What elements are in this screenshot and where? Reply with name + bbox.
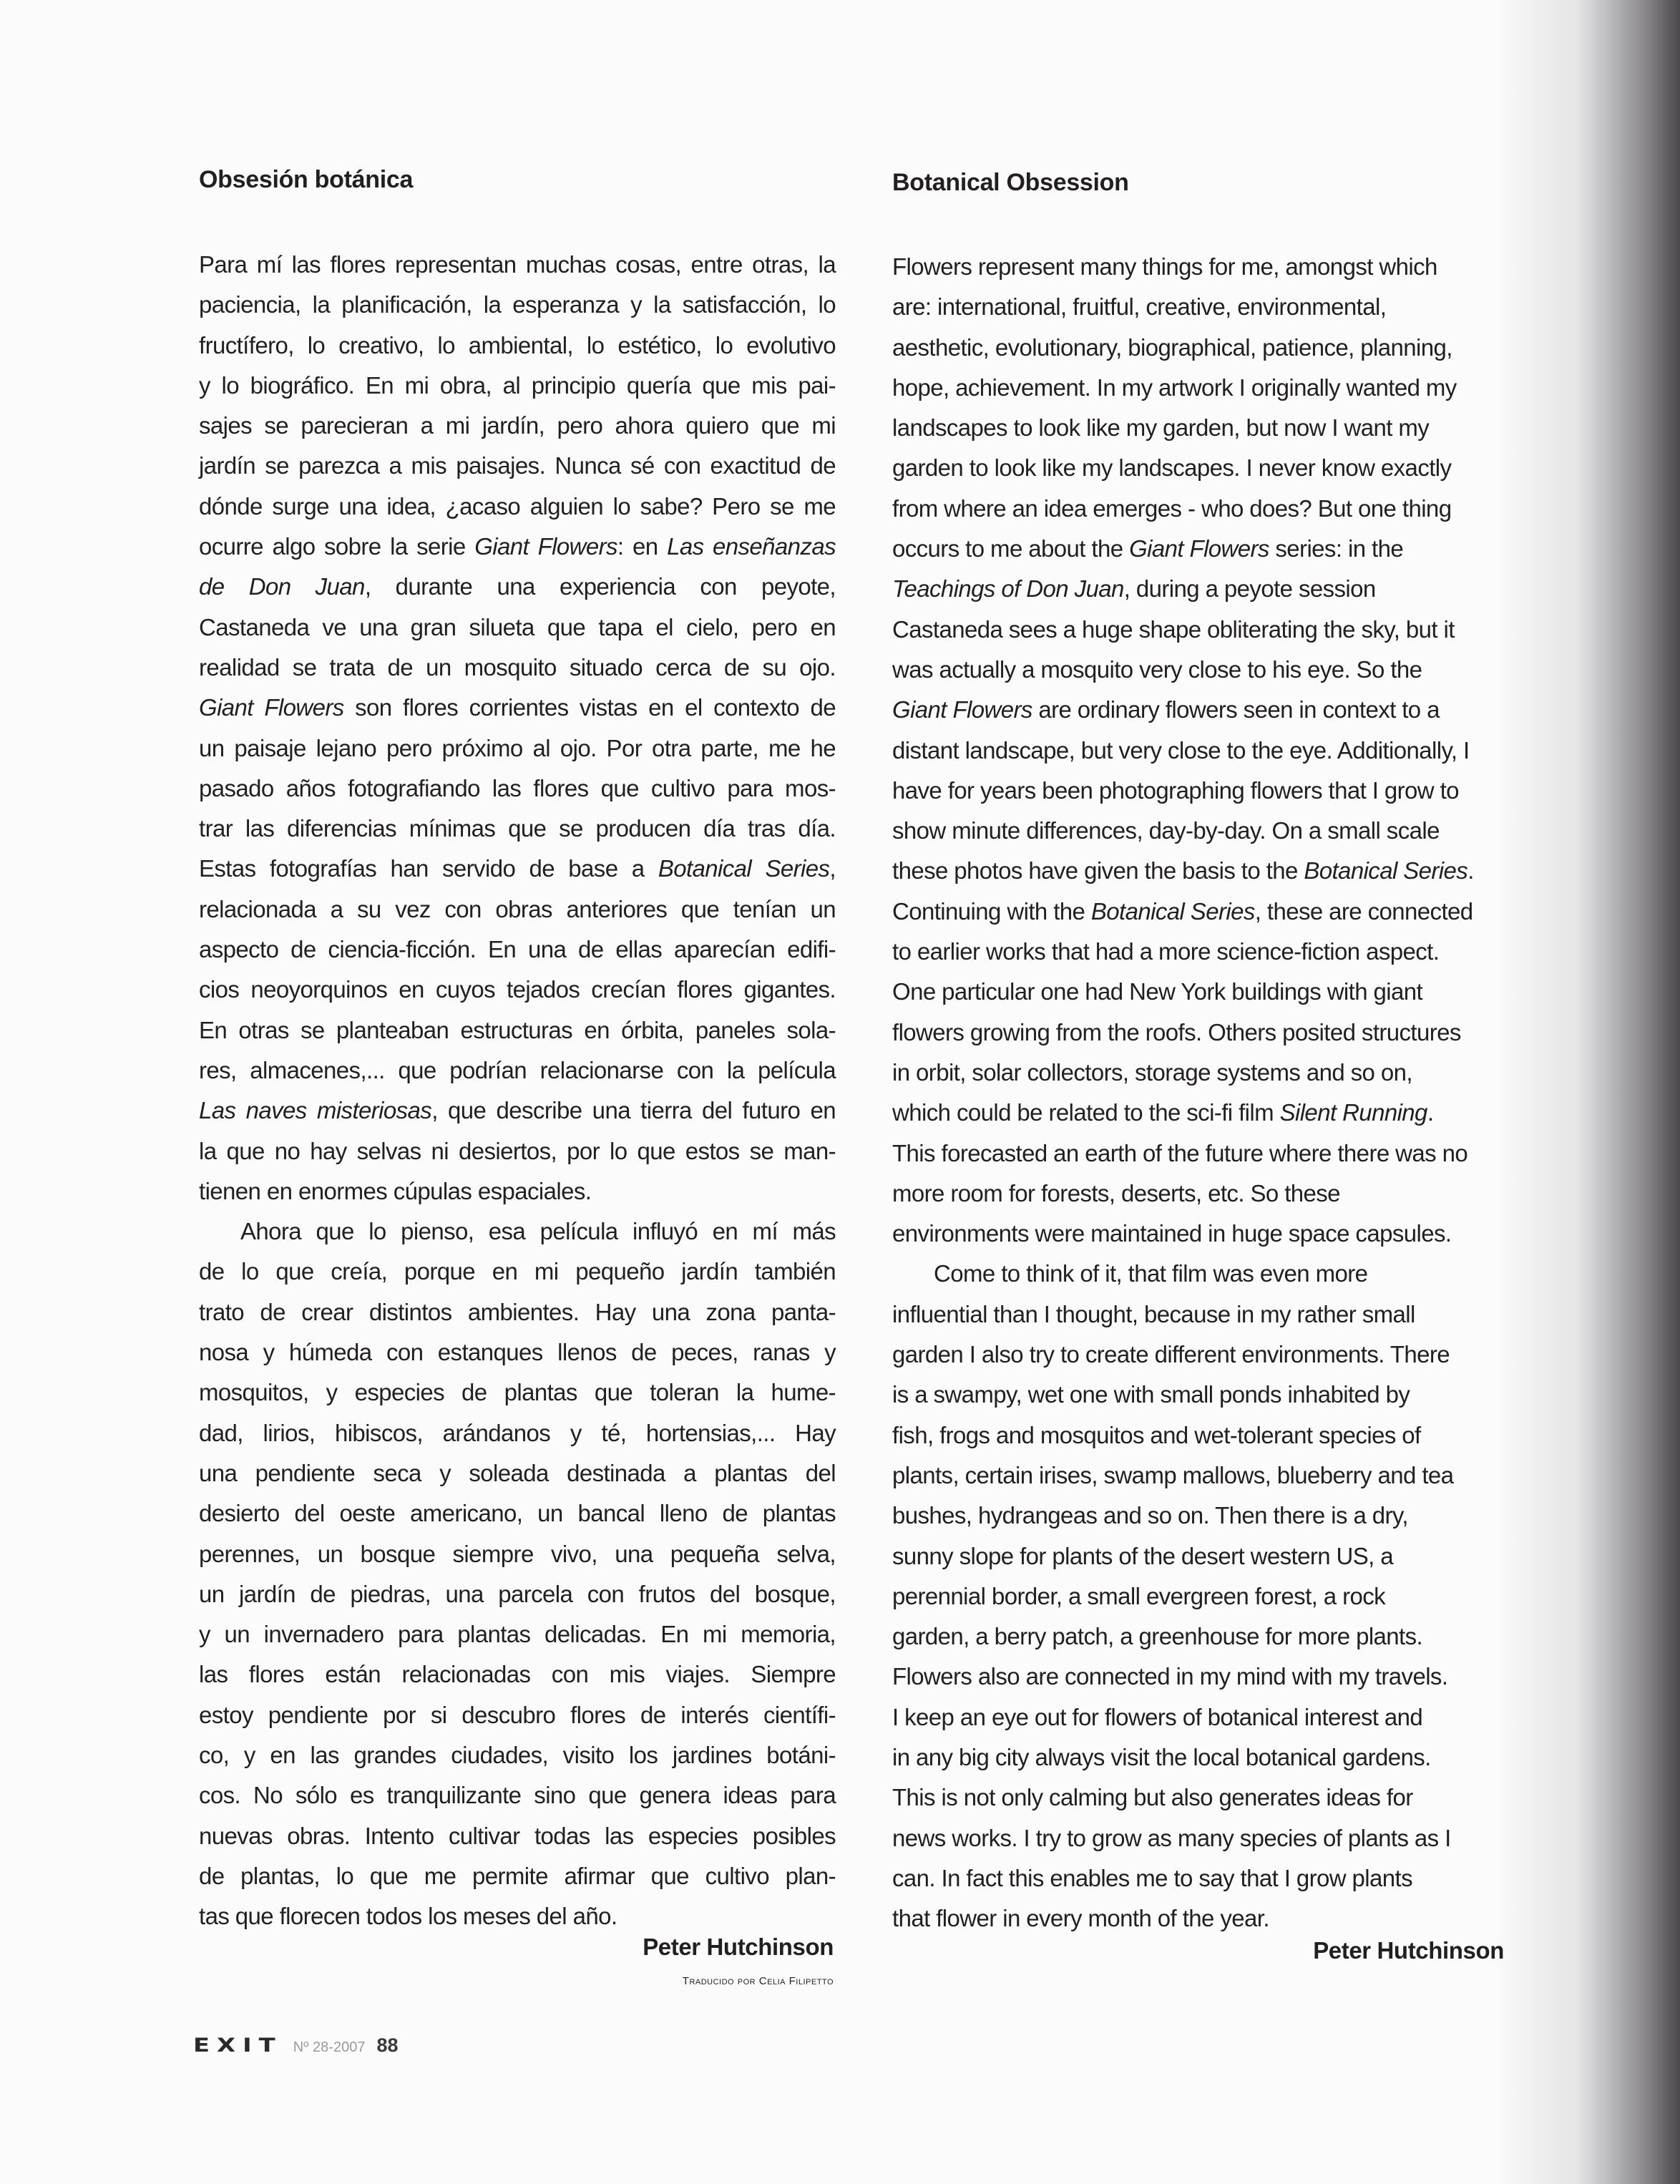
text-line: landscapes to look like my garden, but n… bbox=[892, 408, 1540, 448]
text-line: perennes, un bosque siempre vivo, una pe… bbox=[199, 1534, 836, 1574]
text-line: Teachings of Don Juan, during a peyote s… bbox=[892, 569, 1540, 609]
text-line: Castaneda sees a huge shape obliterating… bbox=[892, 610, 1540, 650]
text-line: co, y en las grandes ciudades, visito lo… bbox=[199, 1735, 836, 1775]
text-line: dónde surge una idea, ¿acaso alguien lo … bbox=[199, 487, 836, 527]
text-line: Continuing with the Botanical Series, th… bbox=[892, 892, 1540, 932]
text-line: aesthetic, evolutionary, biographical, p… bbox=[892, 328, 1540, 368]
text-line: Estas fotografías han servido de base a … bbox=[199, 849, 836, 889]
text-line: that flower in every month of the year. bbox=[892, 1898, 1540, 1939]
text-line: nuevas obras. Intento cultivar todas las… bbox=[199, 1816, 836, 1856]
text-line: bushes, hydrangeas and so on. Then there… bbox=[892, 1496, 1540, 1536]
text-line: la que no hay selvas ni desiertos, por l… bbox=[199, 1131, 836, 1171]
text-line: hope, achievement. In my artwork I origi… bbox=[892, 368, 1540, 408]
text-line: One particular one had New York building… bbox=[892, 972, 1540, 1012]
text-line: Giant Flowers are ordinary flowers seen … bbox=[892, 690, 1540, 730]
text-line: perennial border, a small evergreen fore… bbox=[892, 1576, 1540, 1617]
text-line: de plantas, lo que me permite afirmar qu… bbox=[199, 1856, 836, 1896]
spanish-body-text: Para mí las flores representan muchas co… bbox=[199, 245, 836, 1936]
text-line: Flowers represent many things for me, am… bbox=[892, 247, 1540, 287]
text-line: environments were maintained in huge spa… bbox=[892, 1214, 1540, 1254]
text-line: Giant Flowers son flores corrientes vist… bbox=[199, 688, 836, 728]
english-title: Botanical Obsession bbox=[892, 169, 1129, 197]
text-line: these photos have given the basis to the… bbox=[892, 851, 1540, 891]
text-line: sunny slope for plants of the desert wes… bbox=[892, 1536, 1540, 1576]
text-line: from where an idea emerges - who does? B… bbox=[892, 489, 1540, 529]
text-line: have for years been photographing flower… bbox=[892, 771, 1540, 811]
text-line: ocurre algo sobre la serie Giant Flowers… bbox=[199, 527, 836, 567]
translation-credit: Traducido por Celia Filipetto bbox=[683, 1975, 834, 1987]
text-line: un jardín de piedras, una parcela con fr… bbox=[199, 1574, 836, 1614]
text-line: fructífero, lo creativo, lo ambiental, l… bbox=[199, 326, 836, 366]
text-line: fish, frogs and mosquitos and wet-tolera… bbox=[892, 1415, 1540, 1456]
issue-number: Nº 28-2007 bbox=[293, 2039, 366, 2056]
page-number: 88 bbox=[376, 2034, 398, 2057]
text-line: in any big city always visit the local b… bbox=[892, 1737, 1540, 1778]
english-author-signature: Peter Hutchinson bbox=[1313, 1937, 1504, 1964]
text-line: garden I also try to create different en… bbox=[892, 1335, 1540, 1375]
text-line: which could be related to the sci-fi fil… bbox=[892, 1093, 1540, 1133]
text-line: las flores están relacionadas con mis vi… bbox=[199, 1654, 836, 1695]
text-line: tienen en enormes cúpulas espaciales. bbox=[199, 1171, 836, 1212]
text-line: in orbit, solar collectors, storage syst… bbox=[892, 1053, 1540, 1093]
text-line: jardín se parezca a mis paisajes. Nunca … bbox=[199, 446, 836, 486]
text-line: is a swampy, wet one with small ponds in… bbox=[892, 1375, 1540, 1415]
page-footer: EXIT Nº 28-2007 88 bbox=[193, 2034, 398, 2057]
text-line: plants, certain irises, swamp mallows, b… bbox=[892, 1456, 1540, 1496]
text-line: Las naves misteriosas, que describe una … bbox=[199, 1091, 836, 1131]
text-line: pasado años fotografiando las flores que… bbox=[199, 769, 836, 809]
text-line: was actually a mosquito very close to hi… bbox=[892, 650, 1540, 690]
text-line: Flowers also are connected in my mind wi… bbox=[892, 1657, 1540, 1697]
text-line: to earlier works that had a more science… bbox=[892, 932, 1540, 972]
text-line: flowers growing from the roofs. Others p… bbox=[892, 1013, 1540, 1053]
text-line: more room for forests, deserts, etc. So … bbox=[892, 1174, 1540, 1214]
text-line: de lo que creía, porque en mi pequeño ja… bbox=[199, 1252, 836, 1292]
magazine-logo: EXIT bbox=[193, 2034, 283, 2057]
text-line: influential than I thought, because in m… bbox=[892, 1295, 1540, 1335]
text-line: Castaneda ve una gran silueta que tapa e… bbox=[199, 608, 836, 648]
text-line: desierto del oeste americano, un bancal … bbox=[199, 1493, 836, 1534]
text-line: mosquitos, y especies de plantas que tol… bbox=[199, 1373, 836, 1413]
text-line: I keep an eye out for flowers of botanic… bbox=[892, 1697, 1540, 1737]
text-line: y un invernadero para plantas delicadas.… bbox=[199, 1614, 836, 1654]
text-line: garden to look like my landscapes. I nev… bbox=[892, 448, 1540, 488]
text-line: nosa y húmeda con estanques llenos de pe… bbox=[199, 1332, 836, 1373]
text-line: garden, a berry patch, a greenhouse for … bbox=[892, 1617, 1540, 1657]
text-line: realidad se trata de un mosquito situado… bbox=[199, 648, 836, 688]
text-line: En otras se planteaban estructuras en ór… bbox=[199, 1010, 836, 1050]
english-body-text: Flowers represent many things for me, am… bbox=[892, 247, 1540, 1939]
text-line: Ahora que lo pienso, esa película influy… bbox=[199, 1212, 836, 1252]
text-line: show minute differences, day-by-day. On … bbox=[892, 811, 1540, 851]
text-line: aspecto de ciencia-ficción. En una de el… bbox=[199, 930, 836, 970]
text-line: de Don Juan, durante una experiencia con… bbox=[199, 567, 836, 607]
text-line: paciencia, la planificación, la esperanz… bbox=[199, 285, 836, 325]
text-line: una pendiente seca y soleada destinada a… bbox=[199, 1453, 836, 1493]
text-line: distant landscape, but very close to the… bbox=[892, 731, 1540, 771]
text-line: Para mí las flores representan muchas co… bbox=[199, 245, 836, 285]
text-line: This is not only calming but also genera… bbox=[892, 1778, 1540, 1818]
text-line: dad, lirios, hibiscos, arándanos y té, h… bbox=[199, 1413, 836, 1453]
text-line: relacionada a su vez con obras anteriore… bbox=[199, 889, 836, 930]
text-line: are: international, fruitful, creative, … bbox=[892, 287, 1540, 327]
text-line: y lo biográfico. En mi obra, al principi… bbox=[199, 366, 836, 406]
text-line: tas que florecen todos los meses del año… bbox=[199, 1896, 836, 1936]
text-line: cios neoyorquinos en cuyos tejados crecí… bbox=[199, 970, 836, 1010]
text-line: trar las diferencias mínimas que se prod… bbox=[199, 809, 836, 849]
spanish-title: Obsesión botánica bbox=[199, 166, 413, 194]
text-line: trato de crear distintos ambientes. Hay … bbox=[199, 1292, 836, 1332]
text-line: un paisaje lejano pero próximo al ojo. P… bbox=[199, 728, 836, 769]
text-line: res, almacenes,... que podrían relaciona… bbox=[199, 1050, 836, 1091]
text-line: occurs to me about the Giant Flowers ser… bbox=[892, 529, 1540, 569]
text-line: cos. No sólo es tranquilizante sino que … bbox=[199, 1775, 836, 1815]
text-line: This forecasted an earth of the future w… bbox=[892, 1134, 1540, 1174]
text-line: Come to think of it, that film was even … bbox=[892, 1254, 1540, 1294]
text-line: sajes se parecieran a mi jardín, pero ah… bbox=[199, 406, 836, 446]
text-line: can. In fact this enables me to say that… bbox=[892, 1858, 1540, 1898]
spanish-author-signature: Peter Hutchinson bbox=[643, 1934, 834, 1961]
text-line: news works. I try to grow as many specie… bbox=[892, 1818, 1540, 1858]
text-line: estoy pendiente por si descubro flores d… bbox=[199, 1695, 836, 1735]
